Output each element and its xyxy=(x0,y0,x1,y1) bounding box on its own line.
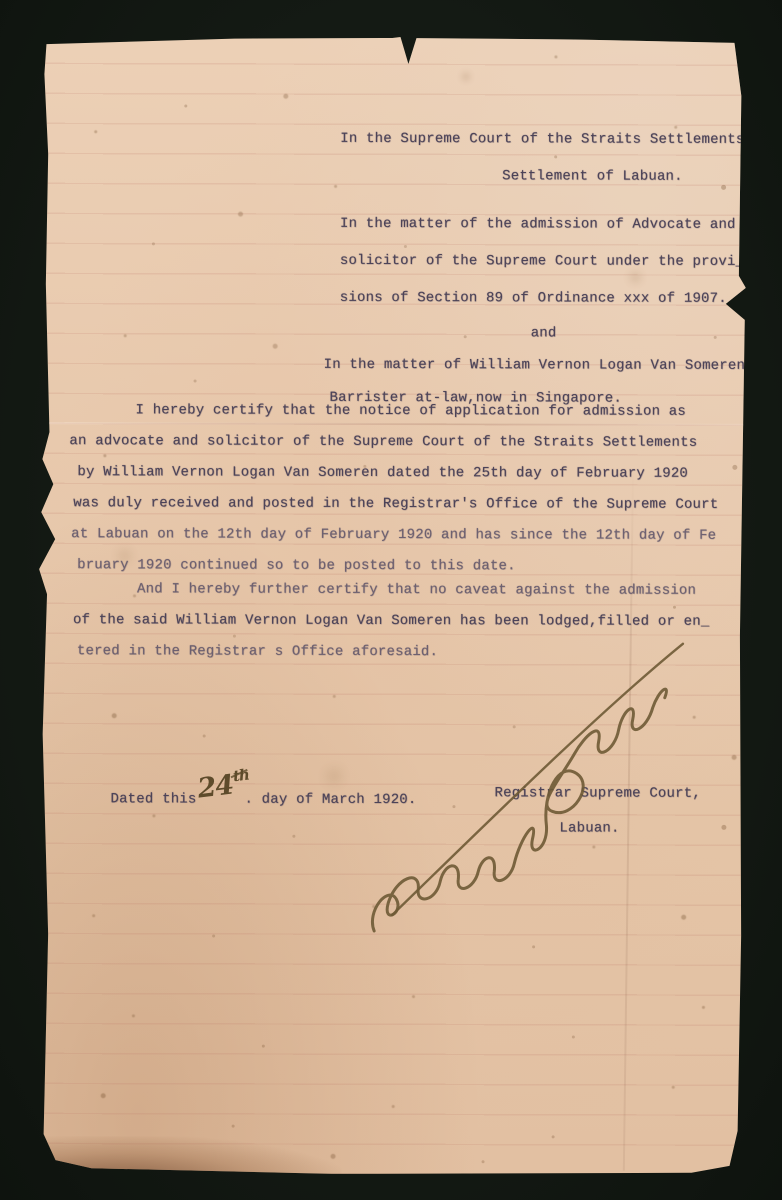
horizontal-crease xyxy=(33,422,745,426)
certify1-line6: bruary 1920 continued so to be posted to… xyxy=(77,558,516,573)
matter2-line1: In the matter of William Vernon Logan Va… xyxy=(324,358,746,373)
certify2-line1: And I hereby further certify that no cav… xyxy=(137,582,696,597)
foxing-spots xyxy=(34,34,37,37)
certify2-line2: of the said William Vernon Logan Van Som… xyxy=(73,613,710,629)
conjunction-and: and xyxy=(531,326,557,340)
handwritten-day-ordinal: th xyxy=(232,766,250,786)
matter1-line1: In the matter of the admission of Advoca… xyxy=(340,217,736,232)
certify1-line3: by William Vernon Logan Van Someren date… xyxy=(77,465,688,481)
court-heading-line2: Settlement of Labuan. xyxy=(502,169,683,183)
matter1-line3: sions of Section 89 of Ordinance xxx of … xyxy=(340,291,727,306)
court-heading-line1: In the Supreme Court of the Straits Sett… xyxy=(340,132,744,147)
certify1-line1: I hereby certify that the notice of appl… xyxy=(135,403,686,418)
ink-signature: Edmund Roberts xyxy=(362,633,697,926)
dated-prefix: Dated this xyxy=(110,792,196,806)
ruled-lines xyxy=(32,34,747,1176)
handwritten-day: 24th xyxy=(196,768,251,805)
scan-background: In the Supreme Court of the Straits Sett… xyxy=(0,0,782,1200)
document-paper: In the Supreme Court of the Straits Sett… xyxy=(32,34,747,1176)
certify1-line4: was duly received and posted in the Regi… xyxy=(73,496,718,512)
bottom-burn-stain xyxy=(21,1136,341,1183)
matter1-line2: solicitor of the Supreme Court under the… xyxy=(340,254,744,269)
handwritten-day-number: 24 xyxy=(196,770,235,805)
certify1-line5: at Labuan on the 12th day of February 19… xyxy=(71,527,716,543)
certify1-line2: an advocate and solicitor of the Supreme… xyxy=(69,434,697,450)
